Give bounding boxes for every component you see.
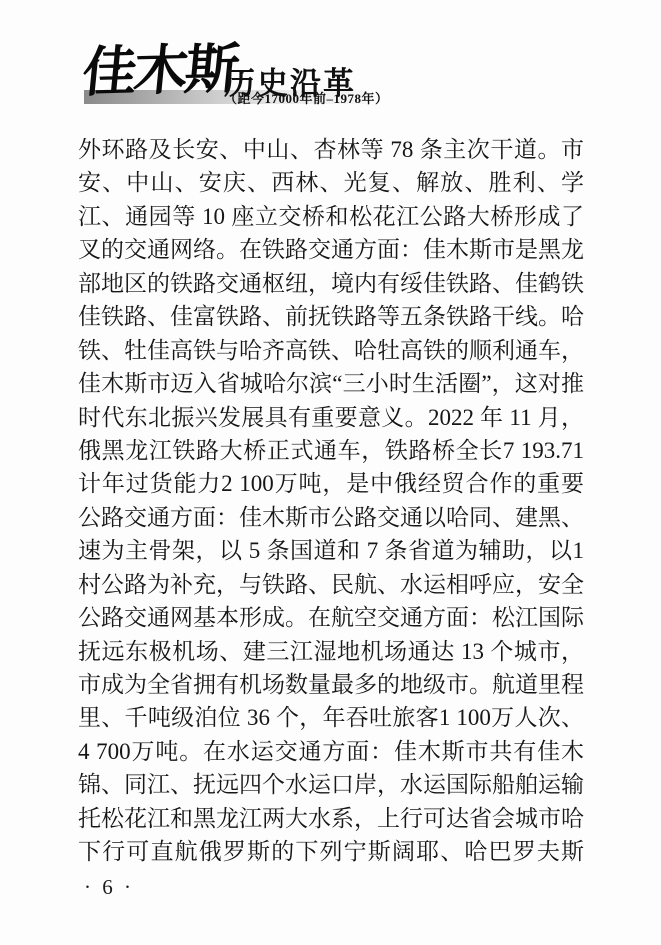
text-line: 计年过货能力2 100万吨，是中俄经贸合作的重要通道。在 bbox=[78, 467, 584, 500]
book-page: 佳木斯 历史沿革 （距今17000年前–1978年） 外环路及长安、中山、杏林等… bbox=[0, 0, 661, 945]
text-line: 托松花江和黑龙江两大水系，上行可达省会城市哈尔滨， bbox=[78, 802, 584, 835]
text-line: 佳铁路、佳富铁路、前抚铁路等五条铁路干线。哈佳高 bbox=[78, 300, 584, 333]
text-line: 铁、牡佳高铁与哈齐高铁、哈牡高铁的顺利通车，标志着 bbox=[78, 334, 584, 367]
text-line: 下行可直航俄罗斯的下列宁斯阔耶、哈巴罗夫斯克、共青 bbox=[78, 835, 584, 868]
text-line: 抚远东极机场、建三江湿地机场通达 13 个城市，佳木斯 bbox=[78, 635, 584, 668]
text-line: 外环路及长安、中山、杏林等 78 条主次干道。市区的长 bbox=[78, 133, 584, 166]
text-line: 俄黑龙江铁路大桥正式通车，铁路桥全长7 193.71米，设 bbox=[78, 434, 584, 467]
text-line: 时代东北振兴发展具有重要意义。2022 年 11 月，同江中 bbox=[78, 401, 584, 434]
text-line: 速为主骨架，以 5 条国道和 7 条省道为辅助，以1 336条农 bbox=[78, 534, 584, 567]
text-line: 锦、同江、抚远四个水运口岸，水运国际船舶运输主要依 bbox=[78, 768, 584, 801]
text-line: 部地区的铁路交通枢纽，境内有绥佳铁路、佳鹤铁路、图 bbox=[78, 267, 584, 300]
text-line: 市成为全省拥有机场数量最多的地级市。航道里程 735 公 bbox=[78, 668, 584, 701]
text-line: 江、通园等 10 座立交桥和松花江公路大桥形成了立体交 bbox=[78, 200, 584, 233]
body-text: 外环路及长安、中山、杏林等 78 条主次干道。市区的长 安、中山、安庆、西林、光… bbox=[78, 133, 584, 869]
text-line: 叉的交通网络。在铁路交通方面：佳木斯市是黑龙江省东 bbox=[78, 233, 584, 266]
text-line: 公路交通方面：佳木斯市公路交通以哈同、建黑、鹤大高 bbox=[78, 501, 584, 534]
text-line: 村公路为补充，与铁路、民航、水运相呼应，安全通畅的 bbox=[78, 568, 584, 601]
text-line: 公路交通网基本形成。在航空交通方面：松江国际机场、 bbox=[78, 601, 584, 634]
text-line: 4 700万吨。在水运交通方面：佳木斯市共有佳木斯、富 bbox=[78, 735, 584, 768]
text-line: 安、中山、安庆、西林、光复、解放、胜利、学府、通 bbox=[78, 166, 584, 199]
page-number: · 6 · bbox=[84, 875, 134, 900]
text-line: 佳木斯市迈入省城哈尔滨“三小时生活圈”，这对推进新 bbox=[78, 367, 584, 400]
text-line: 里、千吨级泊位 36 个，年吞吐旅客1 100万人次、货物 bbox=[78, 701, 584, 734]
book-title-calligraphy: 佳木斯 bbox=[80, 40, 239, 101]
book-title-suffix: 历史沿革 bbox=[224, 58, 356, 103]
